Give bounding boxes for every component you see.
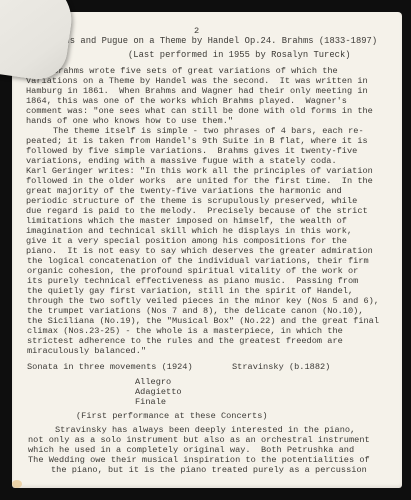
text-line: Karl Geringer writes: "In this work all … bbox=[26, 166, 373, 176]
text-line: organic cohesion, the profound spiritual… bbox=[27, 266, 358, 276]
text-line: imagination and technical skill which he… bbox=[26, 226, 352, 236]
movement-1: Allegro bbox=[135, 377, 171, 387]
text-line: the Siciliana (No.19), the "Musical Box"… bbox=[27, 316, 379, 326]
text-line: followed by five simple variations. Brah… bbox=[26, 146, 357, 156]
sonata-title: Sonata in three movements (1924) bbox=[27, 362, 193, 372]
text-line: great majority of the twenty-five variat… bbox=[26, 186, 342, 196]
first-performance-note: (First performance at these Concerts) bbox=[76, 411, 268, 421]
text-line: The Wedding owe their musical inspiratio… bbox=[28, 455, 370, 465]
text-line: variations, ending with a massive fugue … bbox=[26, 156, 337, 166]
text-line: strictest adherence to the rules and the… bbox=[27, 336, 343, 346]
text-line: Hamburg in 1861. When Brahms and Wagner … bbox=[26, 86, 368, 96]
text-line: the piano, but it is the piano treated p… bbox=[51, 465, 367, 475]
text-line: peated; it is taken from Handel's 9th Su… bbox=[26, 136, 368, 146]
text-line: followed in the older works are united f… bbox=[26, 176, 373, 186]
text-line: its purely technical effectiveness as pi… bbox=[27, 276, 358, 286]
movement-3: Finale bbox=[135, 397, 166, 407]
page-number: 2 bbox=[194, 26, 199, 36]
text-line: give it a very special position among hi… bbox=[26, 236, 347, 246]
paper-stain bbox=[12, 480, 22, 488]
text-line: due regard is paid to the melody. Precis… bbox=[26, 206, 368, 216]
text-line: the quietly gay first variation, still i… bbox=[27, 286, 353, 296]
piece-title: iations and Pugue on a Theme by Handel O… bbox=[38, 36, 377, 46]
sonata-composer: Stravinsky (b.1882) bbox=[232, 362, 330, 372]
text-line: the trumpet variations (Nos 7 and 8), th… bbox=[27, 306, 364, 316]
text-line: the logical concatenation of the individ… bbox=[27, 256, 369, 266]
text-line: limitations which the master imposed on … bbox=[26, 216, 347, 226]
text-line: climax (Nos.23-25) - the whole is a mast… bbox=[27, 326, 343, 336]
text-line: 1864, this was one of the works which Br… bbox=[26, 96, 347, 106]
text-line: not only as a solo instrument but also a… bbox=[28, 435, 370, 445]
text-line: through the two softly veiled pieces in … bbox=[27, 296, 379, 306]
text-line: periodic structure of the theme is scrup… bbox=[26, 196, 357, 206]
text-line: hands of one who knows how to use them." bbox=[26, 116, 233, 126]
text-line: comment was: "one sees what can still be… bbox=[26, 106, 373, 116]
text-line: Stravinsky has always been deeply intere… bbox=[55, 425, 355, 435]
performance-note: (Last performed in 1955 by Rosalyn Turec… bbox=[128, 50, 351, 60]
text-line: Brahms wrote five sets of great variatio… bbox=[53, 66, 338, 76]
text-line: The theme itself is simple - two phrases… bbox=[53, 126, 364, 136]
text-line: which he used in a completely original w… bbox=[28, 445, 354, 455]
text-line: Variations on a Theme by Handel was the … bbox=[26, 76, 368, 86]
text-line: miraculously balanced." bbox=[27, 346, 146, 356]
movement-2: Adagietto bbox=[135, 387, 182, 397]
text-line: piano. It is not easy to say which deser… bbox=[26, 246, 373, 256]
